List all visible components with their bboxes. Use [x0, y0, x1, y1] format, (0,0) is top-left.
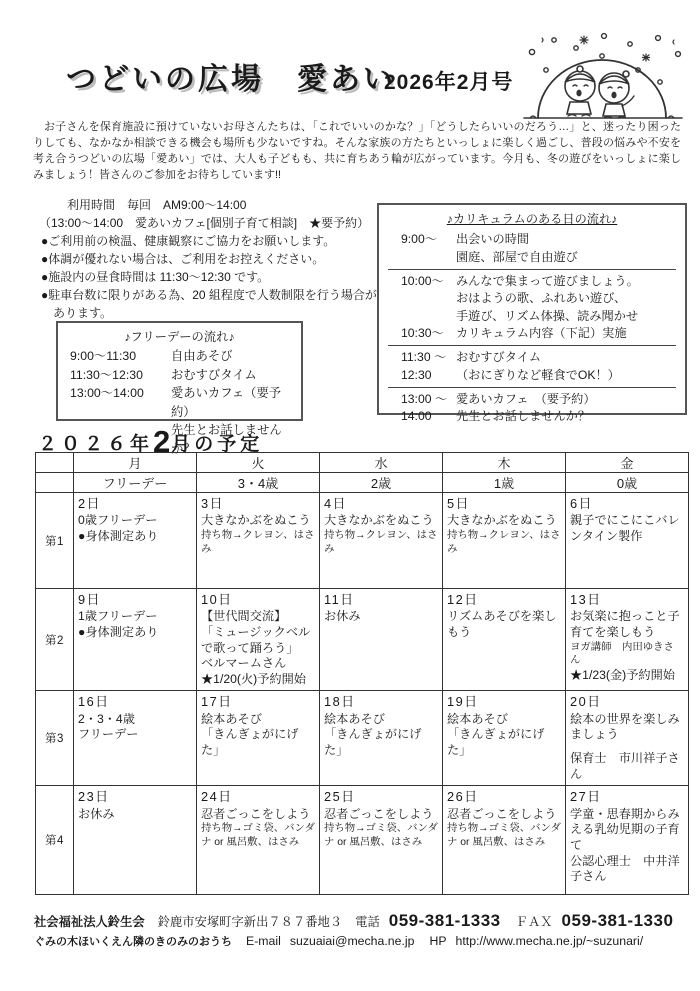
schedule-cell-line: 保育士 市川祥子さん [570, 751, 684, 782]
day-header: 金 [566, 453, 689, 473]
age-header: 0歳 [566, 473, 689, 493]
schedule-cell: 16日2・3・4歳フリーデー [74, 691, 197, 786]
schedule-cell-line: 【世代間交流】 [201, 609, 315, 625]
curriculum-row: 10:30～カリキュラム内容（下記）実施 [388, 325, 676, 342]
age-header: 1歳 [443, 473, 566, 493]
organization-name: 社会福祉法人鈴生会 [34, 912, 145, 930]
schedule-cell: 27日学童・思春期からみえる乳幼児期の子育て公認心理士 中井洋子さん [566, 786, 689, 895]
curriculum-row: 10:00～みんなで集まって遊びましょう。おはようの歌、ふれあい遊び、手遊び、リ… [388, 273, 676, 325]
schedule-cell-line: 4日 [324, 496, 438, 512]
schedule-cell-line: 持ち物→ゴミ袋、バンダナ or 風呂敷、はさみ [201, 822, 315, 849]
schedule-cell-line: 25日 [324, 789, 438, 805]
day-header: 月 [74, 453, 197, 473]
schedule-cell-line: 20日 [570, 694, 684, 710]
schedule-cell-line: 1歳フリーデー [78, 609, 192, 625]
curriculum-time: 9:00～ [388, 231, 456, 266]
schedule-cell-line: 5日 [447, 496, 561, 512]
fax-label: ＦＡＸ [516, 912, 553, 930]
schedule-cell-line: 学童・思春期からみえる乳幼児期の子育て [570, 807, 684, 854]
usage-bullet: ●ご利用前の検温、健康観察にご協力をお願いします。 [37, 232, 387, 250]
schedule-cell-line: 忍者ごっこをしよう [201, 807, 315, 823]
curriculum-desc: 愛あいカフェ （要予約）先生とお話しませんか？ [456, 391, 676, 426]
freeday-desc: おむすびタイム [171, 366, 294, 384]
schedule-cell-line [570, 743, 684, 751]
curriculum-line: 愛あいカフェ （要予約） [456, 391, 676, 408]
schedule-cell: 4日大きなかぶをぬこう持ち物→クレヨン、はさみ [320, 493, 443, 589]
tel-label: 電話 [355, 912, 380, 930]
schedule-cell-line: 23日 [78, 789, 192, 805]
schedule-cell: 20日絵本の世界を楽しみましょう保育士 市川祥子さん [566, 691, 689, 786]
curriculum-time: 11:30 ～ 12:30 [388, 349, 456, 384]
day-header: 火 [197, 453, 320, 473]
day-header: 木 [443, 453, 566, 473]
schedule-cell-line: 26日 [447, 789, 561, 805]
email-label: E-mail [246, 934, 281, 948]
curriculum-time: 10:30～ [388, 325, 456, 342]
freeday-desc: 自由あそび [171, 347, 294, 365]
schedule-cell-line: 持ち物→ゴミ袋、バンダナ or 風呂敷、はさみ [447, 822, 561, 849]
freeday-time: 9:00～11:30 [65, 347, 171, 365]
schedule-cell-line: 「きんぎょがにげた」 [447, 727, 561, 758]
schedule-cell-line: お休み [78, 807, 192, 823]
curriculum-group: 10:00～みんなで集まって遊びましょう。おはようの歌、ふれあい遊び、手遊び、リ… [388, 269, 676, 342]
footer-contact-line: 社会福祉法人鈴生会 鈴鹿市安塚町字新出７８７番地３ 電話 059-381-133… [34, 911, 692, 931]
week-label: 第2 [36, 589, 74, 691]
schedule-cell-line: ヨガ講師 内田ゆきさん [570, 641, 684, 668]
corner-cell [36, 453, 74, 473]
schedule-cell-line: 10日 [201, 592, 315, 608]
schedule-cell: 11日お休み [320, 589, 443, 691]
schedule-cell-line: 0歳フリーデー [78, 513, 192, 529]
week-label: 第1 [36, 493, 74, 589]
curriculum-line: おむすびタイム [456, 349, 676, 366]
schedule-cell-line: 持ち物→ゴミ袋、バンダナ or 風呂敷、はさみ [324, 822, 438, 849]
week-label: 第3 [36, 691, 74, 786]
schedule-cell-line: 2・3・4歳 [78, 712, 192, 728]
freeday-time: 11:30～12:30 [65, 366, 171, 384]
schedule-cell: 2日0歳フリーデー●身体測定あり [74, 493, 197, 589]
freeday-row: 9:00～11:30自由あそび [65, 347, 294, 365]
schedule-cell-line: 24日 [201, 789, 315, 805]
schedule-cell-line: 大きなかぶをぬこう [324, 513, 438, 529]
curriculum-group: 11:30 ～ 12:30おむすびタイム（おにぎりなど軽食でOK！） [388, 345, 676, 384]
schedule-cell-line: お気楽に抱っこと子育てを楽しもう [570, 609, 684, 640]
schedule-cell-line: 「ミュージックベルで歌って踊ろう」 [201, 625, 315, 656]
week-row: 第12日0歳フリーデー●身体測定あり3日大きなかぶをぬこう持ち物→クレヨン、はさ… [36, 493, 689, 589]
schedule-cell: 19日絵本あそび「きんぎょがにげた」 [443, 691, 566, 786]
curriculum-row: 13:00 ～ 14:00愛あいカフェ （要予約）先生とお話しませんか？ [388, 391, 676, 426]
schedule-cell-line: 3日 [201, 496, 315, 512]
week-row: 第423日お休み24日忍者ごっこをしよう持ち物→ゴミ袋、バンダナ or 風呂敷、… [36, 786, 689, 895]
week-row: 第29日1歳フリーデー●身体測定あり10日【世代間交流】「ミュージックベルで歌っ… [36, 589, 689, 691]
hp-label: HP [429, 934, 446, 948]
schedule-cell: 24日忍者ごっこをしよう持ち物→ゴミ袋、バンダナ or 風呂敷、はさみ [197, 786, 320, 895]
curriculum-box-title: ♪カリキュラムのある日の流れ♪ [388, 211, 676, 228]
day-header-row: 月火水木金 [36, 453, 689, 473]
schedule-cell: 13日お気楽に抱っこと子育てを楽しもうヨガ講師 内田ゆきさん★1/23(金)予約… [566, 589, 689, 691]
week-row: 第316日2・3・4歳フリーデー17日絵本あそび「きんぎょがにげた」18日絵本あ… [36, 691, 689, 786]
schedule-cell-line: 親子でにこにこバレンタイン製作 [570, 513, 684, 544]
usage-bullet-list: ●ご利用前の検温、健康観察にご協力をお願いします。●体調が優れない場合は、ご利用… [37, 232, 387, 322]
day-header: 水 [320, 453, 443, 473]
curriculum-line: おはようの歌、ふれあい遊び、 [456, 290, 676, 307]
curriculum-line: カリキュラム内容（下記）実施 [456, 325, 676, 342]
curriculum-time: 13:00 ～ 14:00 [388, 391, 456, 426]
schedule-cell-line: 絵本あそび [324, 712, 438, 728]
freeday-time: 13:00～14:00 [65, 384, 171, 421]
usage-bullet: ●駐車台数に限りがある為、20 組程度で人数制限を行う場合があります。 [37, 286, 387, 322]
schedule-cell-line: 絵本の世界を楽しみましょう [570, 712, 684, 743]
schedule-cell-line: お休み [324, 609, 438, 625]
corner-cell [36, 473, 74, 493]
email-address: suzuaiai@mecha.ne.jp [290, 934, 415, 948]
schedule-cell: 9日1歳フリーデー●身体測定あり [74, 589, 197, 691]
curriculum-row: 11:30 ～ 12:30おむすびタイム（おにぎりなど軽食でOK！） [388, 349, 676, 384]
issue-label: 2026年2月号 [384, 66, 513, 96]
schedule-cell-line: 9日 [78, 592, 192, 608]
intro-paragraph: お子さんを保育施設に預けていないお母さんたちは、「これでいいのかな？」「どうした… [33, 119, 681, 184]
fax-number: 059-381-1330 [562, 911, 674, 931]
curriculum-line: （おにぎりなど軽食でOK！） [456, 367, 676, 384]
curriculum-line: 手遊び、リズム体操、読み聞かせ [456, 308, 676, 325]
freeday-box-title: ♪フリーデーの流れ♪ [65, 328, 294, 346]
schedule-cell: 10日【世代間交流】「ミュージックベルで歌って踊ろう」ベルマームさん★1/20(… [197, 589, 320, 691]
facility-name: ぐみの木ほいくえん隣のきのみのおうち [34, 933, 232, 949]
schedule-cell-line: 6日 [570, 496, 684, 512]
freeday-row: 11:30～12:30おむすびタイム [65, 366, 294, 384]
schedule-cell-line: ★1/23(金)予約開始 [570, 668, 684, 684]
schedule-cell-line: 大きなかぶをぬこう [201, 513, 315, 529]
curriculum-group: 13:00 ～ 14:00愛あいカフェ （要予約）先生とお話しませんか？ [388, 387, 676, 426]
tel-number: 059-381-1333 [389, 911, 501, 931]
curriculum-group: 9:00～出会いの時間園庭、部屋で自由遊び [388, 231, 676, 266]
hp-url: http://www.mecha.ne.jp/~suzunari/ [456, 934, 644, 948]
freeday-row: 13:00～14:00愛あいカフェ（要予約） [65, 384, 294, 421]
schedule-cell-line: 18日 [324, 694, 438, 710]
curriculum-line: 出会いの時間 [456, 231, 676, 248]
schedule-cell-line: フリーデー [78, 727, 192, 743]
schedule-cell-line: 忍者ごっこをしよう [324, 807, 438, 823]
schedule-cell-line: 「きんぎょがにげた」 [324, 727, 438, 758]
freeday-flow-box: ♪フリーデーの流れ♪ 9:00～11:30自由あそび11:30～12:30おむす… [56, 321, 303, 421]
curriculum-row: 9:00～出会いの時間園庭、部屋で自由遊び [388, 231, 676, 266]
schedule-cell-line: 27日 [570, 789, 684, 805]
curriculum-groups: 9:00～出会いの時間園庭、部屋で自由遊び10:00～みんなで集まって遊びましょ… [388, 231, 676, 425]
schedule-cell-line: 持ち物→クレヨン、はさみ [447, 529, 561, 556]
schedule-cell-line: ●身体測定あり [78, 529, 192, 545]
curriculum-desc: おむすびタイム（おにぎりなど軽食でOK！） [456, 349, 676, 384]
schedule-cell-line: ベルマームさん [201, 656, 315, 672]
schedule-cell-line: 12日 [447, 592, 561, 608]
curriculum-time: 10:00～ [388, 273, 456, 325]
schedule-cell-line: 「きんぎょがにげた」 [201, 727, 315, 758]
schedule-cell-line: リズムあそびを楽しもう [447, 609, 561, 640]
age-header-row: フリーデー3・4歳2歳1歳0歳 [36, 473, 689, 493]
schedule-cell-line: 13日 [570, 592, 684, 608]
curriculum-line: 園庭、部屋で自由遊び [456, 249, 676, 266]
curriculum-desc: みんなで集まって遊びましょう。おはようの歌、ふれあい遊び、手遊び、リズム体操、読… [456, 273, 676, 325]
curriculum-desc: カリキュラム内容（下記）実施 [456, 325, 676, 342]
age-header: 2歳 [320, 473, 443, 493]
schedule-cell-line: 19日 [447, 694, 561, 710]
schedule-cell-line: 公認心理士 中井洋子さん [570, 854, 684, 885]
age-header: フリーデー [74, 473, 197, 493]
address: 鈴鹿市安塚町字新出７８７番地３ [158, 912, 342, 930]
schedule-cell: 23日お休み [74, 786, 197, 895]
schedule-cell-line: 2日 [78, 496, 192, 512]
schedule-cell-line: 17日 [201, 694, 315, 710]
freeday-desc: 愛あいカフェ（要予約） [171, 384, 294, 421]
usage-hours: 利用時間 毎回 AM9:00～14:00 [37, 196, 387, 214]
schedule-cell: 17日絵本あそび「きんぎょがにげた」 [197, 691, 320, 786]
schedule-cell-line: 忍者ごっこをしよう [447, 807, 561, 823]
schedule-cell: 26日忍者ごっこをしよう持ち物→ゴミ袋、バンダナ or 風呂敷、はさみ [443, 786, 566, 895]
curriculum-line: みんなで集まって遊びましょう。 [456, 273, 676, 290]
newsletter-page: つどいの広場 愛あい 2026年2月号 [0, 0, 700, 991]
schedule-cell: 18日絵本あそび「きんぎょがにげた」 [320, 691, 443, 786]
curriculum-line: 先生とお話しませんか？ [456, 408, 676, 425]
age-header: 3・4歳 [197, 473, 320, 493]
schedule-cell: 3日大きなかぶをぬこう持ち物→クレヨン、はさみ [197, 493, 320, 589]
schedule-cell-line: 絵本あそび [447, 712, 561, 728]
schedule-cell-line: 大きなかぶをぬこう [447, 513, 561, 529]
schedule-cell-line: 16日 [78, 694, 192, 710]
snow-dome-children-illustration [518, 30, 688, 122]
schedule-cell-line: ●身体測定あり [78, 625, 192, 641]
curriculum-desc: 出会いの時間園庭、部屋で自由遊び [456, 231, 676, 266]
schedule-cell: 5日大きなかぶをぬこう持ち物→クレヨン、はさみ [443, 493, 566, 589]
schedule-cell-line: 11日 [324, 592, 438, 608]
schedule-table: 月火水木金フリーデー3・4歳2歳1歳0歳第12日0歳フリーデー●身体測定あり3日… [35, 452, 689, 895]
schedule-cell: 6日親子でにこにこバレンタイン製作 [566, 493, 689, 589]
schedule-cell-line: 持ち物→クレヨン、はさみ [324, 529, 438, 556]
schedule-cell-line: ★1/20(火)予約開始 [201, 672, 315, 688]
schedule-cell: 12日リズムあそびを楽しもう [443, 589, 566, 691]
schedule-cell-line: 持ち物→クレヨン、はさみ [201, 529, 315, 556]
schedule-cell: 25日忍者ごっこをしよう持ち物→ゴミ袋、バンダナ or 風呂敷、はさみ [320, 786, 443, 895]
week-label: 第4 [36, 786, 74, 895]
usage-bullet: ●施設内の昼食時間は 11:30～12:30 です。 [37, 268, 387, 286]
usage-bullet: ●体調が優れない場合は、ご利用をお控えください。 [37, 250, 387, 268]
curriculum-flow-box: ♪カリキュラムのある日の流れ♪ 9:00～出会いの時間園庭、部屋で自由遊び10:… [377, 203, 687, 415]
page-title: つどいの広場 愛あい [66, 54, 396, 98]
schedule-cell-line: 絵本あそび [201, 712, 315, 728]
usage-cafe-note: （13:00～14:00 愛あいカフェ[個別子育て相談] ★要予約） [37, 214, 387, 232]
footer-web-line: ぐみの木ほいくえん隣のきのみのおうち E-mail suzuaiai@mecha… [34, 933, 692, 949]
footer: 社会福祉法人鈴生会 鈴鹿市安塚町字新出７８７番地３ 電話 059-381-133… [34, 911, 692, 949]
usage-info: 利用時間 毎回 AM9:00～14:00 （13:00～14:00 愛あいカフェ… [37, 196, 387, 322]
